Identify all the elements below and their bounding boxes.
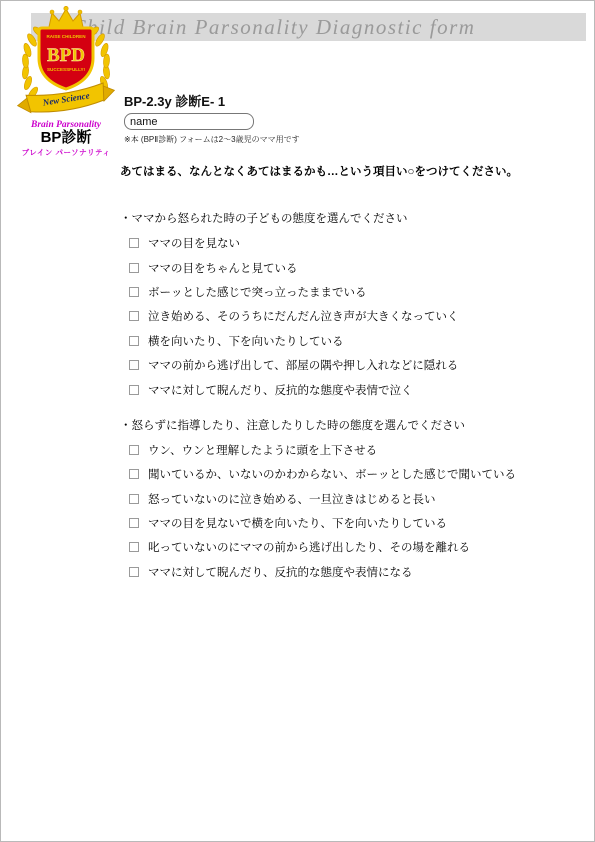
logo-subtitle-kana: ブレイン パーソナリティ bbox=[9, 147, 123, 158]
checkbox[interactable] bbox=[129, 567, 139, 577]
form-page: Child Brain Parsonality Diagnostic form bbox=[0, 0, 595, 842]
question-item: ママの目をちゃんと見ている bbox=[120, 255, 560, 279]
question-item: 聞いているか、いないのかわからない、ボーッとした感じで聞いている bbox=[120, 462, 560, 486]
question-item: ウン、ウンと理解したように頭を上下させる bbox=[120, 438, 560, 462]
checkbox[interactable] bbox=[129, 385, 139, 395]
item-label: ママの目を見ないで横を向いたり、下を向いたりしている bbox=[148, 515, 447, 531]
checkbox[interactable] bbox=[129, 263, 139, 273]
checkbox[interactable] bbox=[129, 311, 139, 321]
question-section-2: ・怒らずに指導したり、注意したりした時の態度を選んでくださいウン、ウンと理解した… bbox=[120, 412, 560, 584]
form-title: BP-2.3y 診断E- 1 bbox=[124, 91, 300, 110]
name-input[interactable] bbox=[124, 113, 254, 130]
section-heading: ・ママから怒られた時の子どもの態度を選んでください bbox=[120, 205, 560, 231]
question-item: ママに対して睨んだり、反抗的な態度や表情で泣く bbox=[120, 377, 560, 401]
shield-bottom-text: SUCCESSFULLY! bbox=[47, 67, 86, 72]
item-label: 叱っていないのにママの前から逃げ出したり、その場を離れる bbox=[148, 539, 470, 555]
checkbox[interactable] bbox=[129, 336, 139, 346]
item-label: ママに対して睨んだり、反抗的な態度や表情で泣く bbox=[148, 382, 413, 398]
logo-badge: RAISE CHILDREN BPD SUCCESSFULLY! New Sci… bbox=[9, 5, 123, 158]
crown-icon bbox=[49, 6, 83, 27]
item-label: ボーッとした感じで突っ立ったままでいる bbox=[148, 284, 367, 300]
shield-main-text: BPD bbox=[47, 45, 85, 66]
question-item: 怒っていないのに泣き始める、一旦泣きはじめると長い bbox=[120, 487, 560, 511]
checkbox[interactable] bbox=[129, 238, 139, 248]
checkbox[interactable] bbox=[129, 542, 139, 552]
question-item: ママの目を見ないで横を向いたり、下を向いたりしている bbox=[120, 511, 560, 535]
question-item: 泣き始める、そのうちにだんだん泣き声が大きくなっていく bbox=[120, 304, 560, 328]
page-title: Child Brain Parsonality Diagnostic form bbox=[72, 15, 546, 40]
question-item: ママに対して睨んだり、反抗的な態度や表情になる bbox=[120, 560, 560, 584]
checkbox[interactable] bbox=[129, 494, 139, 504]
item-label: 泣き始める、そのうちにだんだん泣き声が大きくなっていく bbox=[148, 308, 459, 324]
form-note: ※本 (BPⅡ診断) フォームは2～3歳児のママ用です bbox=[124, 134, 300, 145]
section-heading: ・怒らずに指導したり、注意したりした時の態度を選んでください bbox=[120, 412, 560, 438]
form-head: BP-2.3y 診断E- 1 ※本 (BPⅡ診断) フォームは2～3歳児のママ用… bbox=[124, 91, 300, 145]
item-label: ママに対して睨んだり、反抗的な態度や表情になる bbox=[148, 564, 413, 580]
bpd-badge-icon: RAISE CHILDREN BPD SUCCESSFULLY! New Sci… bbox=[11, 5, 121, 117]
checkbox[interactable] bbox=[129, 445, 139, 455]
question-item: 叱っていないのにママの前から逃げ出したり、その場を離れる bbox=[120, 535, 560, 559]
question-item: 横を向いたり、下を向いたりしている bbox=[120, 329, 560, 353]
shield-top-text: RAISE CHILDREN bbox=[46, 34, 86, 39]
logo-subtitle-japanese: BP診断 bbox=[9, 130, 123, 147]
instruction-text: あてはまる、なんとなくあてはまるかも…という項目い○をつけてください。 bbox=[120, 163, 518, 179]
question-sections: ・ママから怒られた時の子どもの態度を選んでくださいママの目を見ないママの目をちゃ… bbox=[120, 205, 560, 584]
item-label: ウン、ウンと理解したように頭を上下させる bbox=[148, 442, 377, 458]
question-item: ママの目を見ない bbox=[120, 231, 560, 255]
item-label: 聞いているか、いないのかわからない、ボーッとした感じで聞いている bbox=[148, 466, 516, 482]
checkbox[interactable] bbox=[129, 360, 139, 370]
item-label: ママの前から逃げ出して、部屋の隅や押し入れなどに隠れる bbox=[148, 357, 458, 373]
checkbox[interactable] bbox=[129, 287, 139, 297]
item-label: ママの目を見ない bbox=[148, 235, 240, 251]
item-label: 怒っていないのに泣き始める、一旦泣きはじめると長い bbox=[148, 491, 436, 507]
question-item: ママの前から逃げ出して、部屋の隅や押し入れなどに隠れる bbox=[120, 353, 560, 377]
item-label: 横を向いたり、下を向いたりしている bbox=[148, 333, 344, 349]
item-label: ママの目をちゃんと見ている bbox=[148, 260, 298, 276]
checkbox[interactable] bbox=[129, 469, 139, 479]
question-item: ボーッとした感じで突っ立ったままでいる bbox=[120, 280, 560, 304]
shield-icon: RAISE CHILDREN BPD SUCCESSFULLY! bbox=[39, 28, 93, 89]
checkbox[interactable] bbox=[129, 518, 139, 528]
question-section-1: ・ママから怒られた時の子どもの態度を選んでくださいママの目を見ないママの目をちゃ… bbox=[120, 205, 560, 402]
